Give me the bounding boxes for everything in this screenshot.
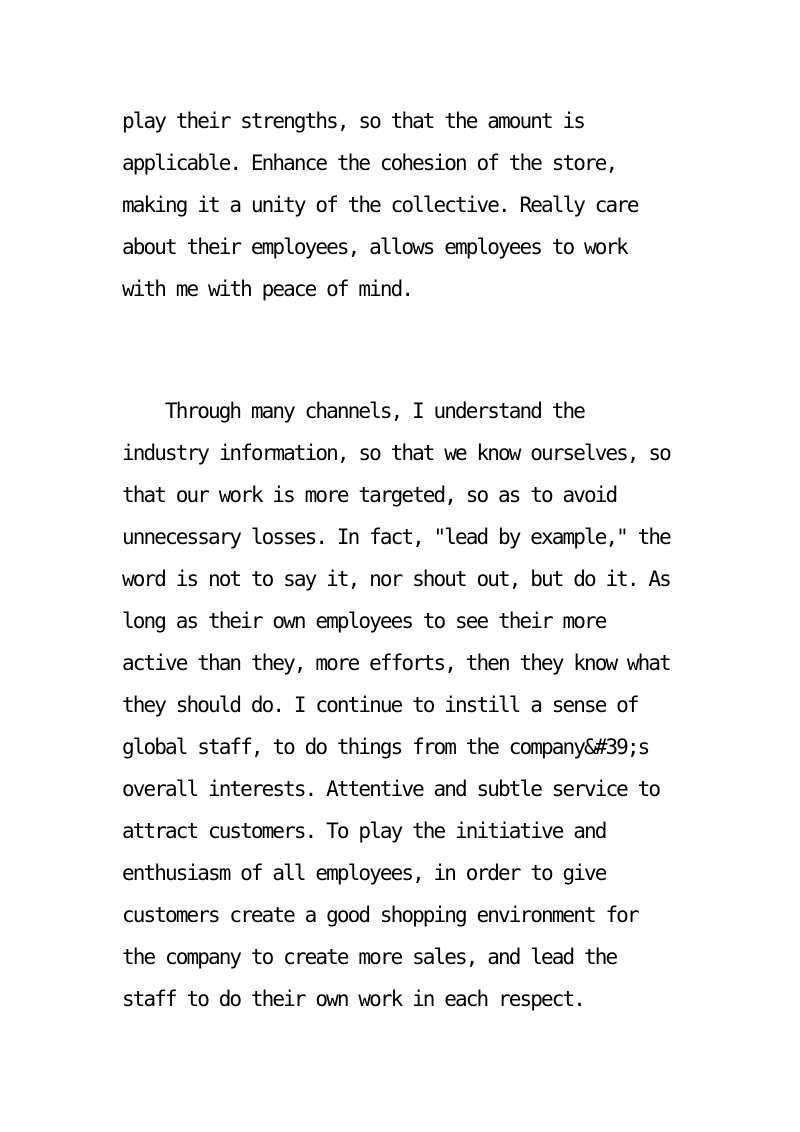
text-line: global staff, to do things from the comp… (122, 726, 670, 768)
text-line: that our work is more targeted, so as to… (122, 474, 670, 516)
text-line: with me with peace of mind. (122, 268, 670, 310)
text-line: word is not to say it, nor shout out, bu… (122, 558, 670, 600)
document-page: play their strengths, so that the amount… (0, 0, 800, 1132)
text-line: attract customers. To play the initiativ… (122, 810, 670, 852)
text-line: staff to do their own work in each respe… (122, 978, 670, 1020)
text-line: unnecessary losses. In fact, "lead by ex… (122, 516, 670, 558)
text-line: enthusiasm of all employees, in order to… (122, 852, 670, 894)
text-line: about their employees, allows employees … (122, 226, 670, 268)
paragraph: Through many channels, I understand the … (122, 390, 670, 1020)
text-line: Through many channels, I understand the (122, 390, 670, 432)
text-line: the company to create more sales, and le… (122, 936, 670, 978)
text-line: industry information, so that we know ou… (122, 432, 670, 474)
text-line: making it a unity of the collective. Rea… (122, 184, 670, 226)
text-line: applicable. Enhance the cohesion of the … (122, 142, 670, 184)
text-line: customers create a good shopping environ… (122, 894, 670, 936)
document-text-block: play their strengths, so that the amount… (122, 100, 670, 1020)
text-line: play their strengths, so that the amount… (122, 100, 670, 142)
text-line: they should do. I continue to instill a … (122, 684, 670, 726)
text-line: overall interests. Attentive and subtle … (122, 768, 670, 810)
paragraph: play their strengths, so that the amount… (122, 100, 670, 310)
text-line: long as their own employees to see their… (122, 600, 670, 642)
text-line: active than they, more efforts, then the… (122, 642, 670, 684)
